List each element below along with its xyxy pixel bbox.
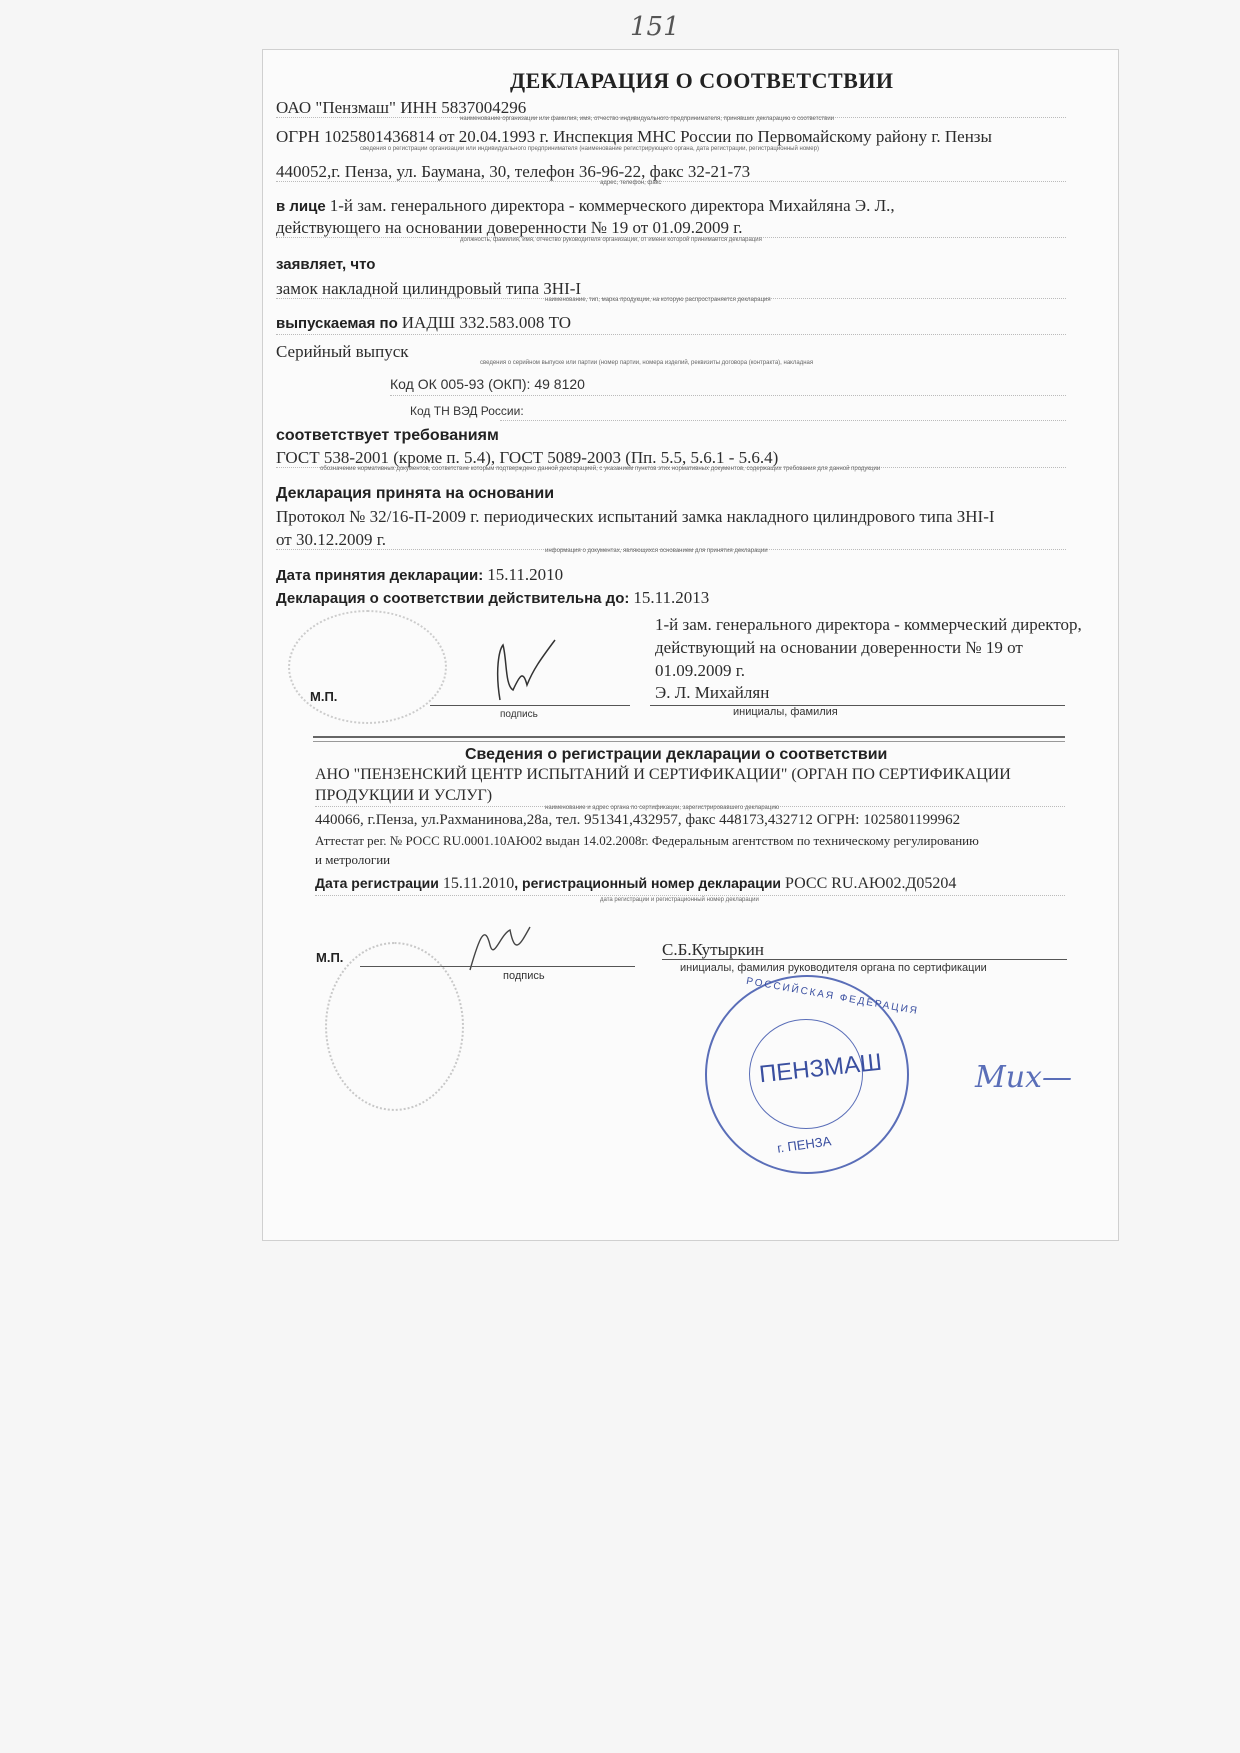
registration-title: Сведения о регистрации декларации о соот… — [465, 746, 887, 764]
signature-scribble — [485, 630, 575, 710]
applicant-address: 440052,г. Пенза, ул. Баумана, 30, телефо… — [276, 162, 750, 182]
declares-label: заявляет, что — [276, 256, 375, 273]
signatory-name: Э. Л. Михайлян — [655, 683, 769, 703]
product-hint: наименование, тип, марка продукции, на к… — [545, 297, 771, 303]
registration-date-hint: дата регистрации и регистрационный номер… — [600, 897, 759, 903]
section-divider — [313, 736, 1065, 742]
applicant-registration-hint: сведения о регистрации организации или и… — [360, 146, 819, 152]
basis-hint: информация о документах, являющихся осно… — [545, 548, 768, 554]
faint-seal-stamp — [288, 610, 447, 724]
name-caption: инициалы, фамилия — [733, 706, 838, 718]
tnved-code: Код ТН ВЭД России: — [410, 404, 524, 418]
basis-label: Декларация принята на основании — [276, 485, 554, 503]
signatory-position-line2: действующий на основании доверенности № … — [655, 638, 1023, 658]
attestat-line1: Аттестат рег. № РОСС RU.0001.10АЮ02 выда… — [315, 833, 979, 849]
cert-org-line1: АНО "ПЕНЗЕНСКИЙ ЦЕНТР ИСПЫТАНИЙ И СЕРТИФ… — [315, 766, 1011, 784]
basis-line2: от 30.12.2009 г. — [276, 530, 386, 550]
produced-value: ИАДШ 332.583.008 ТО — [402, 313, 571, 332]
valid-until-date: Декларация о соответствии действительна … — [276, 588, 709, 608]
represented-line2: действующего на основании доверенности №… — [276, 218, 743, 238]
requirements-value: ГОСТ 538-2001 (кроме п. 5.4), ГОСТ 5089-… — [276, 448, 778, 468]
page-number-mark: 151 — [630, 12, 680, 42]
mp-label-2: М.П. — [316, 950, 343, 965]
serial-hint: сведения о серийном выпуске или партии (… — [480, 360, 813, 366]
registration-date-line: Дата регистрации 15.11.2010, регистрацио… — [315, 875, 956, 893]
serial-release: Серийный выпуск — [276, 342, 409, 362]
handwritten-signature: Мих— — [975, 1060, 1072, 1095]
signature-caption: подпись — [500, 709, 538, 720]
represented-hint: должность, фамилия, имя, отчество руково… — [460, 237, 762, 243]
represented-label: в лице — [276, 198, 326, 215]
requirements-hint: обозначение нормативных документов, соот… — [320, 466, 880, 472]
applicant-name: ОАО "Пензмаш" ИНН 5837004296 — [276, 98, 526, 118]
produced-line: выпускаемая по ИАДШ 332.583.008 ТО — [276, 313, 571, 333]
signatory-position-line1: 1-й зам. генерального директора - коммер… — [655, 615, 1082, 635]
stamp-bottom-text: г. ПЕНЗА — [776, 1133, 832, 1155]
represented-line1: в лице 1-й зам. генерального директора -… — [276, 196, 895, 216]
mp-label: М.П. — [310, 689, 337, 704]
cert-org-address: 440066, г.Пенза, ул.Рахманинова,28а, тел… — [315, 812, 960, 829]
product-name: замок накладной цилиндровый типа ЗНІ-І — [276, 279, 581, 299]
penzmash-seal-stamp: ПЕНЗМАШ г. ПЕНЗА РОССИЙСКАЯ ФЕДЕРАЦИЯ — [705, 975, 909, 1174]
attestat-line2: и метрологии — [315, 852, 390, 868]
applicant-name-hint: наименование организации или фамилия, им… — [460, 116, 834, 122]
accepted-date: Дата принятия декларации: 15.11.2010 — [276, 565, 563, 585]
requirements-label: соответствует требованиям — [276, 427, 499, 445]
cert-head-name: С.Б.Кутыркин — [662, 940, 764, 960]
faint-seal-stamp-2 — [325, 942, 464, 1111]
cert-head-caption: инициалы, фамилия руководителя органа по… — [680, 962, 987, 974]
registration-number: РОСС RU.АЮ02.Д05204 — [785, 875, 956, 892]
okp-code: Код ОК 005-93 (ОКП): 49 8120 — [390, 376, 585, 392]
cert-org-line2: ПРОДУКЦИИ И УСЛУГ) — [315, 787, 492, 805]
produced-label: выпускаемая по — [276, 315, 398, 332]
signatory-position-line3: 01.09.2009 г. — [655, 661, 745, 681]
page-title: ДЕКЛАРАЦИЯ О СООТВЕТСТВИИ — [510, 68, 894, 94]
applicant-registration: ОГРН 1025801436814 от 20.04.1993 г. Инсп… — [276, 127, 992, 147]
basis-line1: Протокол № 32/16-П-2009 г. периодических… — [276, 507, 995, 527]
applicant-address-hint: адрес, телефон, факс — [600, 180, 661, 186]
cert-org-hint: наименование и адрес органа по сертифика… — [545, 805, 779, 811]
signature-caption-2: подпись — [503, 970, 545, 982]
